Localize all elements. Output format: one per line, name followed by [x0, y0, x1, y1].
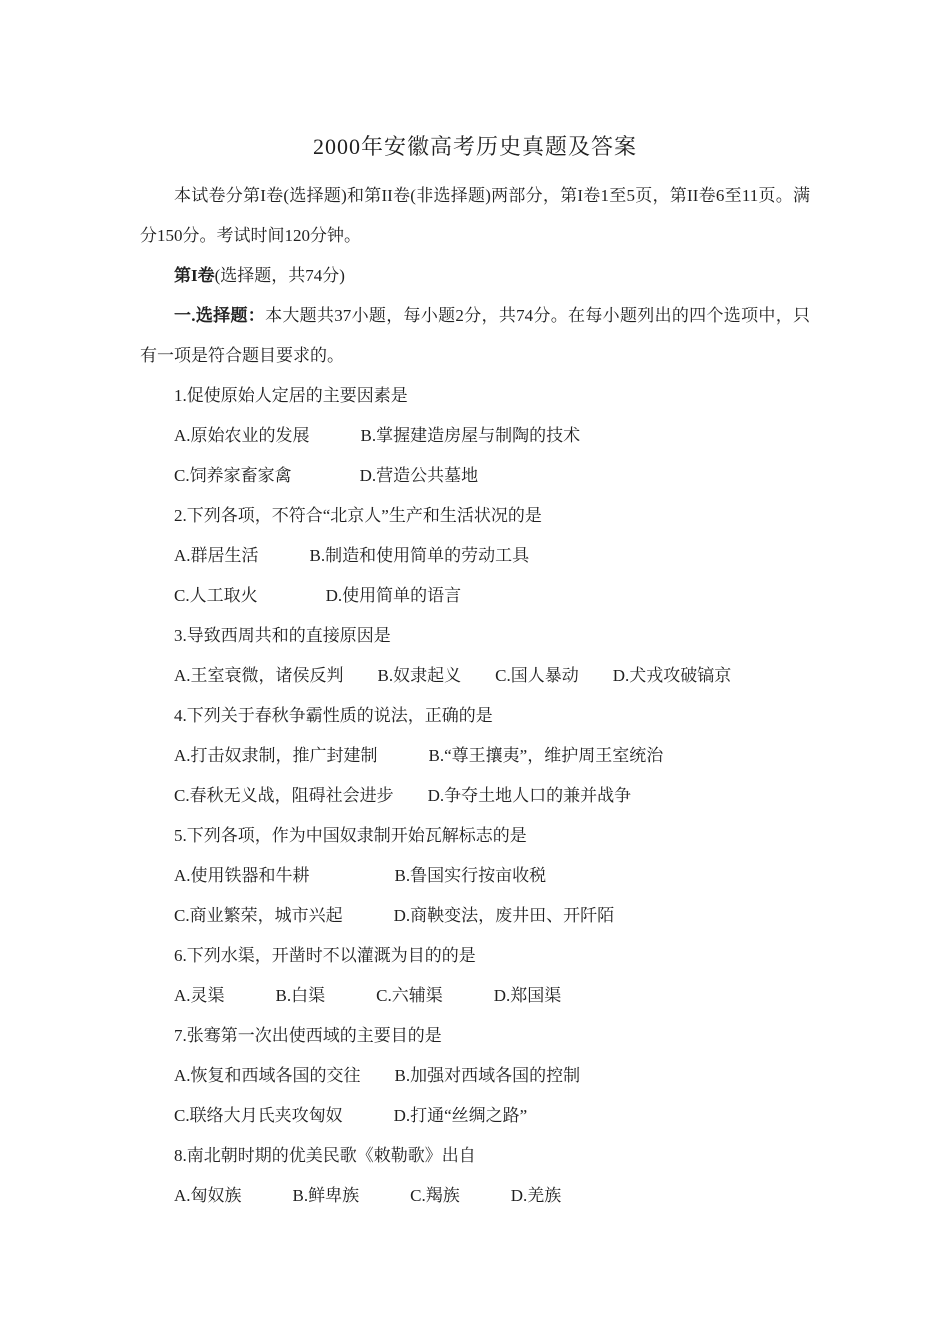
question-block-2: 2.下列各项，不符合“北京人”生产和生活状况的是 A.群居生活 B.制造和使用简… — [140, 496, 810, 616]
question-options-line: C.商业繁荣，城市兴起 D.商鞅变法，废井田、开阡陌 — [140, 896, 810, 936]
section-suffix: (选择题，共74分) — [215, 266, 345, 285]
question-options-line: A.原始农业的发展 B.掌握建造房屋与制陶的技术 — [140, 416, 810, 456]
instruction-paragraph: 一.选择题：本大题共37小题，每小题2分，共74分。在每小题列出的四个选项中，只… — [140, 296, 810, 376]
question-options-line: C.联络大月氏夹攻匈奴 D.打通“丝绸之路” — [140, 1096, 810, 1136]
document-page: 2000年安徽高考历史真题及答案 本试卷分第I卷(选择题)和第II卷(非选择题)… — [0, 0, 950, 1344]
question-block-1: 1.促使原始人定居的主要因素是 A.原始农业的发展 B.掌握建造房屋与制陶的技术… — [140, 376, 810, 496]
question-options-line: A.使用铁器和牛耕 B.鲁国实行按亩收税 — [140, 856, 810, 896]
question-options-line: A.群居生活 B.制造和使用简单的劳动工具 — [140, 536, 810, 576]
question-stem: 6.下列水渠，开凿时不以灌溉为目的的是 — [140, 936, 810, 976]
question-block-5: 5.下列各项，作为中国奴隶制开始瓦解标志的是 A.使用铁器和牛耕 B.鲁国实行按… — [140, 816, 810, 936]
question-stem: 2.下列各项，不符合“北京人”生产和生活状况的是 — [140, 496, 810, 536]
question-options-line: A.恢复和西域各国的交往 B.加强对西域各国的控制 — [140, 1056, 810, 1096]
question-stem: 8.南北朝时期的优美民歌《敕勒歌》出自 — [140, 1136, 810, 1176]
question-stem: 3.导致西周共和的直接原因是 — [140, 616, 810, 656]
question-block-7: 7.张骞第一次出使西域的主要目的是 A.恢复和西域各国的交往 B.加强对西域各国… — [140, 1016, 810, 1136]
question-block-3: 3.导致西周共和的直接原因是 A.王室衰微，诸侯反判 B.奴隶起义 C.国人暴动… — [140, 616, 810, 696]
question-options-line: C.饲养家畜家禽 D.营造公共墓地 — [140, 456, 810, 496]
question-block-6: 6.下列水渠，开凿时不以灌溉为目的的是 A.灵渠 B.白渠 C.六辅渠 D.郑国… — [140, 936, 810, 1016]
question-block-4: 4.下列关于春秋争霸性质的说法，正确的是 A.打击奴隶制，推广封建制 B.“尊王… — [140, 696, 810, 816]
question-stem: 1.促使原始人定居的主要因素是 — [140, 376, 810, 416]
intro-paragraph: 本试卷分第I卷(选择题)和第II卷(非选择题)两部分，第I卷1至5页，第II卷6… — [140, 176, 810, 256]
question-options-line: A.灵渠 B.白渠 C.六辅渠 D.郑国渠 — [140, 976, 810, 1016]
section-label: 第I卷 — [174, 266, 215, 285]
question-options-line: A.匈奴族 B.鲜卑族 C.羯族 D.羌族 — [140, 1176, 810, 1216]
question-options-line: A.打击奴隶制，推广封建制 B.“尊王攘夷”，维护周王室统治 — [140, 736, 810, 776]
section-heading: 第I卷(选择题，共74分) — [140, 256, 810, 296]
page-title: 2000年安徽高考历史真题及答案 — [140, 132, 810, 162]
question-options-line: C.人工取火 D.使用简单的语言 — [140, 576, 810, 616]
question-options-line: A.王室衰微，诸侯反判 B.奴隶起义 C.国人暴动 D.犬戎攻破镐京 — [140, 656, 810, 696]
question-block-8: 8.南北朝时期的优美民歌《敕勒歌》出自 A.匈奴族 B.鲜卑族 C.羯族 D.羌… — [140, 1136, 810, 1216]
document-body: 本试卷分第I卷(选择题)和第II卷(非选择题)两部分，第I卷1至5页，第II卷6… — [140, 176, 810, 1216]
question-stem: 5.下列各项，作为中国奴隶制开始瓦解标志的是 — [140, 816, 810, 856]
instruction-label: 一.选择题： — [174, 306, 265, 325]
question-stem: 4.下列关于春秋争霸性质的说法，正确的是 — [140, 696, 810, 736]
question-options-line: C.春秋无义战，阻碍社会进步 D.争夺土地人口的兼并战争 — [140, 776, 810, 816]
question-stem: 7.张骞第一次出使西域的主要目的是 — [140, 1016, 810, 1056]
